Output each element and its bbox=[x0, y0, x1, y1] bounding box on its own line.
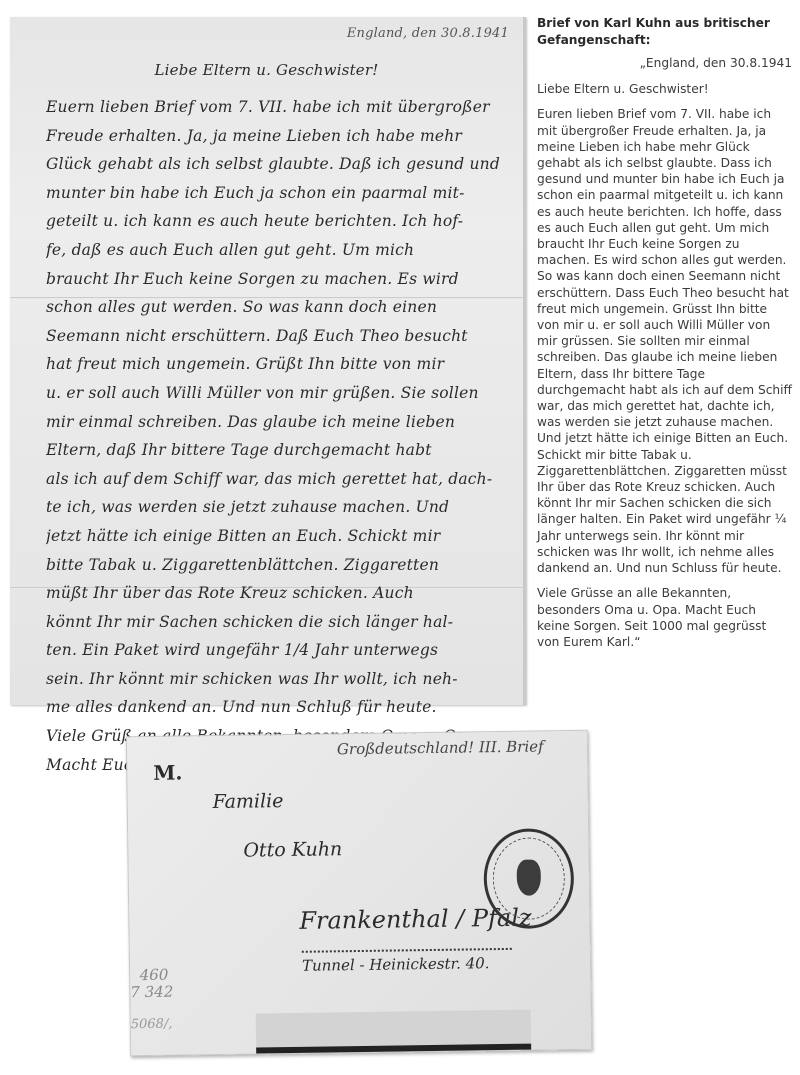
letter-line: geteilt u. ich kann es auch heute berich… bbox=[46, 207, 516, 236]
letter-line: müßt Ihr über das Rote Kreuz schicken. A… bbox=[46, 579, 516, 608]
censor-stamp-icon bbox=[483, 828, 574, 929]
letter-line: braucht Ihr Euch keine Sorgen zu machen.… bbox=[46, 265, 516, 294]
transcription-column: Brief von Karl Kuhn aus britischer Gefan… bbox=[537, 15, 792, 659]
letter-date: England, den 30.8.1941 bbox=[347, 26, 509, 41]
letter-line: schon alles gut werden. So was kann doch… bbox=[46, 293, 516, 322]
letter-line: me alles dankend an. Und nun Schluß für … bbox=[46, 693, 516, 722]
letter-line: Seemann nicht erschüttern. Daß Euch Theo… bbox=[46, 322, 516, 351]
envelope-country-note: Großdeutschland! III. Brief bbox=[337, 737, 544, 758]
letter-line: mir einmal schreiben. Das glaube ich mei… bbox=[46, 408, 516, 437]
envelope-city-underline bbox=[302, 942, 512, 953]
letter-line: bitte Tabak u. Ziggarettenblättchen. Zig… bbox=[46, 551, 516, 580]
letter-body: Euern lieben Brief vom 7. VII. habe ich … bbox=[46, 93, 516, 779]
stamp-emblem-icon bbox=[517, 859, 542, 895]
letter-salutation: Liebe Eltern u. Geschwister! bbox=[10, 61, 523, 79]
transcription-salutation: Liebe Eltern u. Geschwister! bbox=[537, 81, 792, 97]
letter-line: fe, daß es auch Euch allen gut geht. Um … bbox=[46, 236, 516, 265]
transcription-title: Brief von Karl Kuhn aus britischer Gefan… bbox=[537, 15, 792, 48]
envelope-image: M. Großdeutschland! III. Brief Familie O… bbox=[126, 730, 592, 1056]
transcription-body: Euren lieben Brief vom 7. VII. habe ich … bbox=[537, 106, 792, 576]
letter-line: munter bin habe ich Euch ja schon ein pa… bbox=[46, 179, 516, 208]
letter-line: hat freut mich ungemein. Grüßt Ihn bitte… bbox=[46, 350, 516, 379]
handwritten-letter-image: England, den 30.8.1941 Liebe Eltern u. G… bbox=[10, 17, 526, 705]
envelope-street: Tunnel - Heinickestr. 40. bbox=[302, 954, 490, 975]
letter-line: als ich auf dem Schiff war, das mich ger… bbox=[46, 465, 516, 494]
envelope-recipient-line2: Otto Kuhn bbox=[243, 838, 342, 861]
letter-line: Euern lieben Brief vom 7. VII. habe ich … bbox=[46, 93, 516, 122]
transcription-closing: Viele Grüsse an alle Bekannten, besonder… bbox=[537, 585, 792, 650]
envelope-corner-mark: M. bbox=[153, 760, 182, 784]
letter-line: te ich, was werden sie jetzt zuhause mac… bbox=[46, 493, 516, 522]
letter-line: u. er soll auch Willi Müller von mir grü… bbox=[46, 379, 516, 408]
letter-line: Glück gehabt als ich selbst glaubte. Daß… bbox=[46, 150, 516, 179]
letter-line: sein. Ihr könnt mir schicken was Ihr wol… bbox=[46, 665, 516, 694]
transcription-place-date: „England, den 30.8.1941 bbox=[537, 55, 792, 71]
letter-line: Eltern, daß Ihr bittere Tage durchgemach… bbox=[46, 436, 516, 465]
letter-line: Freude erhalten. Ja, ja meine Lieben ich… bbox=[46, 122, 516, 151]
envelope-recipient-line1: Familie bbox=[213, 790, 284, 813]
letter-line: ten. Ein Paket wird ungefähr 1/4 Jahr un… bbox=[46, 636, 516, 665]
envelope-pencil-numbers: 460 7 342 bbox=[130, 967, 173, 1002]
letter-line: könnt Ihr mir Sachen schicken die sich l… bbox=[46, 608, 516, 637]
envelope-pencil-note: 5068/, bbox=[131, 1017, 173, 1033]
letter-line: jetzt hätte ich einige Bitten an Euch. S… bbox=[46, 522, 516, 551]
